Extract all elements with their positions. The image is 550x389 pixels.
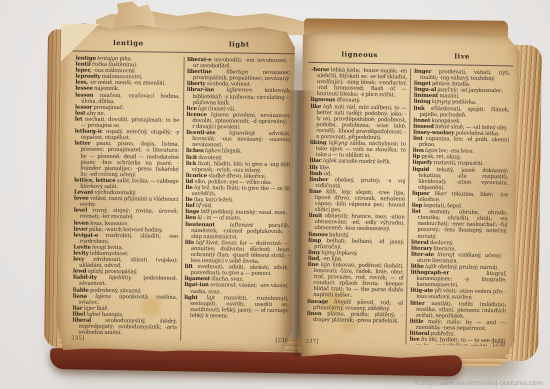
open-book: lentigo light lentigo lentajgo piha. len… [0, 0, 550, 389]
definition: rovný, stejný; rovina, úroveň; rovnati; … [80, 208, 179, 221]
dictionary-entry: licence lajsens povolení, nevázanost; do… [186, 112, 291, 132]
definition: psaní, písmo, dopis, listina, písmeno; p… [80, 141, 179, 178]
dictionary-column-1: lentigo lentajgo piha. lentil čočka (luš… [69, 56, 183, 341]
right-page-text: ligneous live -horse lehká jízda; -house… [303, 41, 513, 349]
right-page: ligneous live -horse lehká jízda; -house… [295, 26, 521, 362]
dictionary-column-2: liberat-e osvoboditi; -ion osvobození; -… [180, 57, 295, 342]
dictionary-entry: lieutenant leftenant poručík, náměstek; … [185, 221, 290, 241]
definition: malý; málo; by — and — znenáhla; -ness n… [416, 319, 506, 332]
definition: úponkovitá rostlina, svlačec. [79, 294, 178, 306]
headword: lint [413, 136, 423, 142]
definition: rozsvítiti, rozžehnouti, sestoupiti, osv… [190, 295, 289, 319]
pronunciation: lajebility [109, 275, 131, 281]
left-page: lentigo light lentigo lentajgo piha. len… [56, 21, 296, 354]
definition: naučení, vyučovací hodina, úloha, důtka. [81, 92, 180, 104]
guide-word-right: live [454, 52, 470, 60]
guide-word-left: lentigo [113, 39, 143, 47]
guide-word-cell: ligneous [308, 41, 411, 62]
dictionary-entry: -horse lehká jízda; -house maják; -en ul… [311, 67, 408, 99]
definition: lišejník. [222, 149, 242, 155]
guide-word-cell: light [184, 31, 295, 51]
column-numbers: 235] [236 [71, 336, 288, 345]
dictionary-entry: lime klih, lep; slepiti; -tree lípa, lip… [309, 189, 405, 215]
dictionary-entry: lithograph-er litograf, kamenopisec; -y … [410, 270, 506, 290]
headword: let [75, 116, 83, 122]
watermark-text: ©2010 www.environment-textures.com [414, 379, 543, 387]
dictionary-entry: list seznam, obruba, ohrada, choutka; oh… [411, 209, 508, 241]
definition: linkovati, podšívati (kabát), lemovati; … [313, 262, 404, 299]
text-columns: lentigo lentajgo piha. lentil čočka (luš… [69, 56, 294, 343]
left-page-text: lentigo light lentigo lentajgo piha. len… [69, 30, 295, 345]
text-columns: -horse lehká jízda; -house maják; -en ul… [303, 67, 513, 347]
definition: nechati, dovoliti, pronajímati; to be — … [81, 117, 180, 130]
guide-word-cell: live [411, 43, 514, 64]
dictionary-entry: liberal svobodomyslný, štědrý, nepředpoj… [72, 318, 177, 338]
definition: zarudle modrý šeřík. [338, 159, 391, 166]
definition: lehká jízda; -house maják; -en ulehčiti,… [317, 67, 408, 99]
guide-word-left: ligneous [341, 50, 378, 59]
column-number-right: [238 [492, 342, 505, 348]
definition: klih, lep; slepiti; -tree lípa, lipové d… [315, 189, 405, 214]
dictionary-entry: line lajn linkovati, podšívati (kabát), … [307, 262, 404, 300]
dictionary-entry: like lajk míti rád, míti zalíbení; to — … [310, 103, 407, 141]
definition: obmeziti; hranice, mez; -ation obmezován… [314, 213, 404, 232]
definition: tekutina, likér; -ice lékořice. [418, 191, 508, 203]
dictionary-entry: librar-ian lajbrerien knihovník, bibliot… [187, 87, 292, 107]
dictionary-column-1: -horse lehká jízda; -house maják; -en ul… [303, 67, 410, 345]
definition: svobodomyslný, štědrý, nepředpojatý; svo… [78, 318, 177, 336]
dictionary-entry: letter psaní, písmo, dopis, listina, pís… [74, 141, 179, 179]
dictionary-entry: life lajf život, živost; for — doživotně… [185, 240, 290, 266]
definition: povolení, nevázanost; dovoliti, zplnomoc… [192, 112, 291, 130]
dictionary-entry: liking lajkyng záliba, náchylnost; to ta… [310, 140, 406, 160]
dictionary-entry: ligat-ion svázanost, vázání; -ure vázání… [184, 282, 289, 295]
definition: belhati; belhání; -id jasný, průzračný. [314, 238, 404, 250]
dictionary-entry: licenti-ate lajsenšiejt advokát, licenci… [186, 130, 291, 150]
running-head: lentigo light [73, 30, 295, 52]
definition: vstání, ranní přijímání u vládnoucí osob… [80, 196, 179, 208]
definition: ohebný, pružný; -s voj vidličnatá. [315, 177, 405, 189]
definition: lež, louh; lháti; to give the — ze lži u… [191, 185, 290, 197]
dictionary-column-2: linger prodlévati, váhati, nýti, toužiti… [405, 69, 513, 347]
definition: míti rád, míti zalíbení; to — better mít… [316, 104, 407, 141]
definition: lízati, hladiti, bíti; to give a -ing dá… [192, 161, 291, 174]
book-gutter-shadow [279, 90, 316, 356]
definition: život, živost; for — doživotně; — annuit… [191, 240, 290, 265]
definition: sčlánkovati, spojiti; článek, pájidlo, p… [419, 106, 509, 119]
book-photo: lentigo light lentigo lentajgo piha. len… [0, 0, 550, 389]
definition: plátno, prádlo; plátěný; -draper plátení… [313, 311, 403, 324]
header-rule [73, 51, 295, 55]
definition: seznam, obruba, ohrada, choutka; ohradit… [417, 209, 508, 240]
definition: cupanina, len; -el práh, okenní prkno. [419, 136, 509, 148]
guide-word-right: light [229, 40, 250, 48]
dictionary-entry: linen plátno, prádlo; plátěný; -draper p… [307, 311, 403, 325]
dictionary-entry: liquid tekutý, jasně dokázaný; tekutina;… [412, 166, 508, 192]
definition: tekutý, jasně dokázaný; tekutina; -ate r… [418, 167, 508, 191]
dictionary-entry: light lajt rozsvítiti, rozžehnouti, sest… [184, 295, 289, 321]
column-number-left: 235] [71, 336, 84, 342]
definition: nastláti, roditi (mláďata); nosítka, stl… [416, 301, 506, 320]
dictionary-entry: limit obmeziti; hranice, mez; -ation obm… [308, 213, 404, 233]
running-head: ligneous live [308, 41, 513, 64]
dictionary-entry: litter nastláti, roditi (mláďata); nosít… [410, 300, 506, 320]
definition: zdvihnouti, sbírati (vojsko); ukládání, … [79, 257, 178, 269]
